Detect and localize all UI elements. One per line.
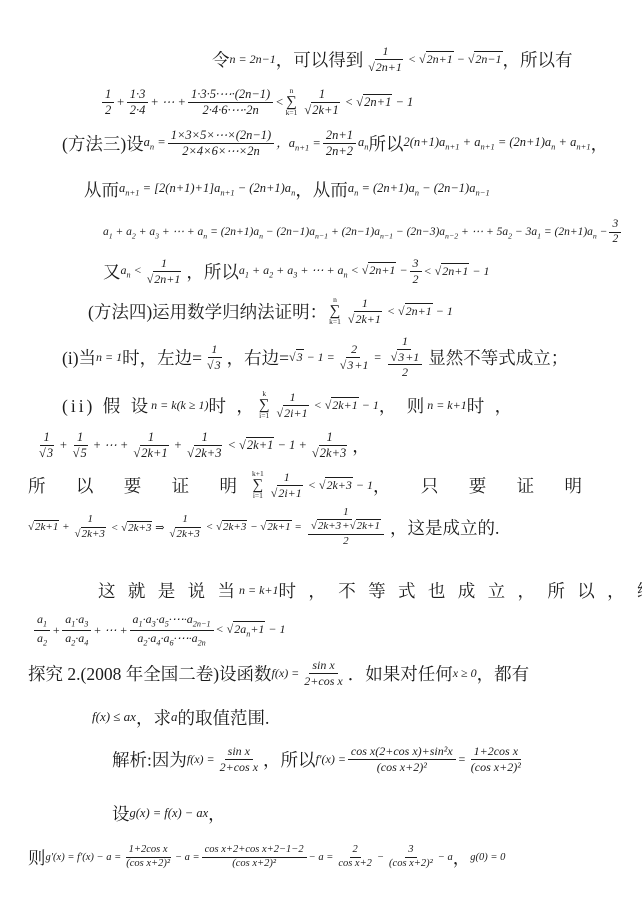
line-product-inequality: 12 + 1·32·4 + ⋯ + 1·3·5·⋯·(2n−1)2·4·6·⋯·… bbox=[100, 85, 413, 119]
text-fragment: ，求 bbox=[136, 705, 171, 730]
fraction: 1×3×5×⋯×(2n−1)2×4×6×⋯×2n bbox=[168, 128, 275, 159]
math-fragment: f(x) = bbox=[272, 666, 300, 681]
fraction: cos x+2+cos x+2−1−2(cos x+2)² bbox=[202, 844, 307, 870]
fraction-denominator: 2 bbox=[399, 365, 411, 379]
fraction-denominator: (cos x+2)² bbox=[468, 760, 524, 774]
math-fragment: + ⋯ + bbox=[93, 623, 127, 638]
math-fragment: f′(x) = bbox=[316, 752, 346, 767]
radical: √2n+1 bbox=[362, 262, 397, 277]
text-fragment: 又 bbox=[103, 259, 121, 284]
math-fragment: an = bbox=[144, 135, 166, 152]
fraction-denominator: √2n+1 bbox=[144, 272, 185, 286]
math-fragment: an+1 = [2(n+1)+1]an+1 − (2n+1)an bbox=[119, 181, 295, 198]
fraction: 1√2i+1 bbox=[268, 470, 306, 500]
text-fragment: 探究 2.(2008 年全国二卷)设函数 bbox=[28, 661, 272, 686]
line-induction-goal: 所 以 要 证 明 k+1∑i=11√2i+1 < √2k+3 − 1 ， 只 … bbox=[28, 468, 595, 502]
radical: √2n+1 bbox=[419, 51, 454, 66]
fraction-numerator: cos x(2+cos x)+sin²x bbox=[348, 744, 456, 759]
radical: √2k+3 bbox=[311, 519, 342, 532]
fraction: 1√2k+1 bbox=[345, 296, 385, 326]
math-fragment: < √2k+1 − 1 bbox=[314, 398, 379, 413]
fraction: a1·a3·a5·⋯·a2n−1a2·a4·a6·⋯·a2n bbox=[130, 612, 214, 647]
fraction-denominator: √2k+3 bbox=[309, 446, 350, 461]
fraction: sin x2+cos x bbox=[301, 658, 345, 688]
text-fragment: ，这是成立的. bbox=[390, 515, 499, 540]
fraction-numerator: sin x bbox=[309, 658, 337, 673]
math-fragment: n = 2n−1 bbox=[230, 52, 276, 67]
fraction: 1√2k+3 bbox=[184, 430, 225, 461]
math-fragment: < √2n+1 − 1 bbox=[345, 95, 414, 110]
summation-symbol: k+1∑i=1 bbox=[252, 470, 264, 499]
radical: √3 bbox=[391, 349, 406, 364]
text-fragment: ， bbox=[208, 801, 226, 826]
radical: √2i+1 bbox=[271, 485, 303, 500]
text-fragment: 所 以 要 证 明 bbox=[28, 473, 250, 498]
text-fragment: 则 bbox=[28, 845, 46, 870]
radical: √2n+1 bbox=[356, 94, 392, 109]
line-g-derivative: 则g′(x) = f′(x) − a = 1+2cos x(cos x+2)² … bbox=[28, 840, 505, 874]
fraction-denominator: (cos x+2)² bbox=[374, 760, 430, 774]
fraction-denominator: 2×4×6×⋯×2n bbox=[179, 144, 263, 159]
fraction: 1√2k+1 bbox=[130, 430, 171, 461]
summation-symbol: k∑i=1 bbox=[259, 390, 270, 419]
text-fragment: ，所以 bbox=[186, 259, 239, 284]
text-fragment: ，都有 bbox=[477, 661, 530, 686]
fraction-numerator: 1·3 bbox=[127, 87, 149, 103]
text-fragment: 所以 bbox=[369, 131, 404, 156]
fraction-denominator: (cos x+2)² bbox=[229, 858, 279, 871]
text-fragment: (方法三)设 bbox=[62, 131, 144, 156]
radical: √2k+1 bbox=[28, 520, 59, 533]
fraction: 1+2cos x(cos x+2)² bbox=[468, 744, 524, 774]
fraction-denominator: cos x+2 bbox=[335, 858, 375, 871]
fraction: 1√2k+3 bbox=[72, 513, 109, 540]
fraction-numerator: a1·a3 bbox=[62, 612, 91, 630]
radical: √2k+1 bbox=[325, 397, 359, 412]
text-fragment: (方法四)运用数学归纳法证明： bbox=[88, 299, 327, 324]
fraction: 32 bbox=[410, 256, 422, 286]
math-fragment: √3 − 1 = bbox=[289, 350, 335, 365]
radical: √2n+1 bbox=[368, 59, 403, 74]
fraction-numerator: 1 bbox=[145, 430, 157, 446]
fraction: 2√3+1 bbox=[337, 342, 372, 372]
fraction: 12 bbox=[102, 87, 114, 118]
text-fragment: (ii) 假 设 bbox=[62, 393, 151, 418]
fraction-numerator: 1 bbox=[158, 256, 170, 271]
line-induction-hypothesis: (ii) 假 设 n = k(k ≥ 1) 时 ，k∑i=11√2i+1 < √… bbox=[62, 388, 515, 422]
fraction-denominator: √3 bbox=[36, 446, 57, 461]
text-fragment: 令 bbox=[212, 47, 230, 72]
text-fragment: 时，左边= bbox=[122, 345, 202, 370]
math-fragment: = bbox=[458, 752, 466, 767]
math-fragment: f(x) = bbox=[187, 752, 215, 767]
text-fragment: 显然不等式成立； bbox=[428, 345, 568, 370]
fraction-denominator: (cos x+2)² bbox=[386, 858, 436, 871]
math-fragment: < √2k+1 − 1 + bbox=[227, 438, 306, 453]
radical: √2k+1 bbox=[260, 520, 291, 533]
fraction-numerator: 1 bbox=[340, 506, 352, 520]
radical: √2k+3 bbox=[169, 527, 200, 540]
radical: √2k+1 bbox=[239, 437, 274, 452]
fraction: 1√2k+3+√2k+12 bbox=[304, 506, 388, 548]
fraction-denominator: √2i+1 bbox=[274, 406, 312, 420]
line-general-inequality: a1a2 + a1·a3a2·a4 + ⋯ + a1·a3·a5·⋯·a2n−1… bbox=[32, 613, 286, 647]
document-page: 令n = 2n−1，可以得到1√2n+1 < √2n+1 − √2n−1，所以有… bbox=[0, 0, 642, 907]
math-fragment: g(0) = 0 bbox=[470, 852, 505, 863]
math-fragment: − a bbox=[438, 852, 453, 863]
fraction-numerator: 1+2cos x bbox=[126, 844, 171, 858]
fraction-denominator: a2 bbox=[34, 631, 50, 648]
math-fragment: n = 1 bbox=[96, 350, 122, 365]
text-fragment: 这 就 是 说 当 bbox=[98, 578, 239, 603]
fraction-numerator: 2 bbox=[350, 844, 361, 858]
radical: √2k+1 bbox=[304, 102, 339, 117]
fraction-numerator: 3 bbox=[410, 256, 422, 271]
radical: √3 bbox=[289, 349, 304, 364]
math-fragment: an < bbox=[121, 263, 142, 279]
fraction-numerator: 1 bbox=[380, 44, 392, 59]
fraction-denominator: 2 bbox=[609, 233, 621, 247]
fraction-denominator: √5 bbox=[70, 446, 91, 461]
fraction-denominator: √2k+3+√2k+12 bbox=[304, 520, 388, 547]
text-fragment: ， bbox=[453, 845, 471, 870]
fraction-numerator: 1+2cos x bbox=[471, 744, 521, 759]
fraction-denominator: √2i+1 bbox=[268, 486, 306, 500]
fraction-numerator: 1 bbox=[179, 513, 191, 527]
fraction-denominator: 2 bbox=[102, 103, 114, 118]
math-fragment: < √2k+3 − √2k+1 = bbox=[206, 521, 302, 533]
line-induction-conclusion: 这 就 是 说 当 n = k+1 时 ， 不 等 式 也 成 立 ， 所 以 … bbox=[98, 573, 642, 607]
line-exploration2-problem: 探究 2.(2008 年全国二卷)设函数f(x) = sin x2+cos x．… bbox=[28, 656, 529, 690]
fraction-numerator: sin x bbox=[225, 744, 253, 759]
fraction-numerator: 2n+1 bbox=[323, 128, 356, 144]
radical: √2k+3 bbox=[312, 445, 347, 460]
fraction-numerator: 1 bbox=[323, 430, 335, 446]
line-lemma-intro: 令n = 2n−1，可以得到1√2n+1 < √2n+1 − √2n−1，所以有 bbox=[212, 42, 573, 76]
math-fragment: − bbox=[377, 852, 384, 863]
fraction: cos x(2+cos x)+sin²x(cos x+2)² bbox=[348, 744, 456, 774]
radical: √3 bbox=[340, 357, 355, 372]
fraction-numerator: 1 bbox=[287, 390, 299, 405]
fraction: 1√2n+1 bbox=[365, 44, 406, 74]
math-fragment: + ⋯ + bbox=[150, 94, 186, 110]
text-fragment: 解析:因为 bbox=[112, 747, 187, 772]
fraction: sin x2+cos x bbox=[217, 744, 261, 774]
math-fragment: a1 + a2 + a3 + ⋯ + an < √2n+1 − bbox=[239, 263, 408, 279]
math-fragment: + bbox=[174, 438, 182, 453]
math-fragment: + bbox=[52, 623, 60, 638]
text-fragment: 设 bbox=[112, 801, 130, 826]
radical: √2k+3 bbox=[75, 527, 106, 540]
text-fragment: 时 ， 不 等 式 也 成 立 ， 所 以 ， 综 上 有 bbox=[279, 578, 642, 603]
math-fragment: = bbox=[373, 350, 381, 365]
math-fragment: g′(x) = f′(x) − a = bbox=[46, 852, 122, 863]
text-fragment: (i)当 bbox=[62, 345, 96, 370]
fraction: 1√2n+1 bbox=[144, 256, 185, 286]
fraction-numerator: a1 bbox=[34, 612, 50, 630]
summation-symbol: n∑k=1 bbox=[286, 87, 298, 116]
math-fragment: √2k+1 + bbox=[28, 521, 70, 533]
fraction: 1√2k+1 bbox=[301, 87, 342, 118]
text-fragment: ．如果对任何 bbox=[348, 661, 453, 686]
text-fragment: 时 ， bbox=[467, 393, 515, 418]
fraction-denominator: √2k+3 bbox=[72, 528, 109, 541]
fraction-denominator: √2k+1 bbox=[130, 446, 171, 461]
fraction-numerator: 1 bbox=[84, 513, 96, 527]
radical: √2k+3 bbox=[121, 521, 152, 534]
math-fragment: − a = bbox=[309, 852, 334, 863]
line-induction-proof-step: √2k+1 + 1√2k+3 < √2k+3 ⇒ 1√2k+3 < √2k+3 … bbox=[28, 510, 499, 544]
fraction-numerator: 3 bbox=[405, 844, 416, 858]
fraction: 32 bbox=[609, 218, 621, 247]
fraction-numerator: 1·3·5·⋯·(2n−1) bbox=[188, 87, 273, 103]
line-method4-statement: (方法四)运用数学归纳法证明：n∑k=11√2k+1 < √2n+1 − 1 bbox=[88, 294, 453, 328]
text-fragment: ，从而 bbox=[295, 177, 348, 202]
fraction: 1√3 bbox=[36, 430, 57, 461]
radical: √2k+3 bbox=[319, 477, 353, 492]
math-fragment: < √2an+1 − 1 bbox=[216, 622, 286, 638]
radical: √5 bbox=[73, 445, 88, 460]
math-fragment: < bbox=[275, 95, 283, 110]
math-fragment: < √2n+1 − 1 bbox=[424, 264, 490, 279]
radical: √2n+1 bbox=[398, 303, 433, 318]
math-fragment: n = k+1 bbox=[239, 583, 279, 598]
math-fragment: n = k(k ≥ 1) bbox=[151, 398, 208, 413]
text-fragment: ，可以得到 bbox=[276, 47, 364, 72]
fraction-denominator: √3+12 bbox=[384, 350, 427, 380]
fraction-numerator: 2 bbox=[348, 342, 360, 357]
radical: √2k+1 bbox=[133, 445, 168, 460]
text-fragment: ， bbox=[591, 131, 609, 156]
fraction: a1·a3a2·a4 bbox=[62, 612, 91, 647]
fraction: 1√5 bbox=[70, 430, 91, 461]
fraction: 1√3+12 bbox=[384, 334, 427, 379]
math-fragment: + bbox=[59, 438, 67, 453]
fraction-denominator: 2·4·6·⋯·2n bbox=[199, 103, 261, 118]
fraction-numerator: cos x+2+cos x+2−1−2 bbox=[202, 844, 307, 858]
fraction: √3+12 bbox=[388, 350, 423, 380]
math-fragment: a1 + a2 + a3 + ⋯ + an = (2n+1)an − (2n−1… bbox=[103, 224, 607, 240]
text-fragment: ， 只 要 证 明 bbox=[373, 473, 595, 498]
text-fragment: ，所以有 bbox=[503, 47, 573, 72]
line-method3-setup: (方法三)设an = 1×3×5×⋯×(2n−1)2×4×6×⋯×2n，an+1… bbox=[62, 126, 608, 160]
fraction-numerator: √3+1 bbox=[388, 350, 423, 365]
fraction: 3(cos x+2)² bbox=[386, 844, 436, 870]
fraction: 2cos x+2 bbox=[335, 844, 375, 870]
line-solution-derivative: 解析:因为f(x) = sin x2+cos x，所以f′(x) = cos x… bbox=[112, 742, 526, 776]
fraction-numerator: 1 bbox=[281, 470, 293, 485]
fraction-denominator: √3+1 bbox=[337, 358, 372, 372]
math-fragment: + bbox=[116, 95, 124, 110]
fraction-numerator: √2k+3+√2k+1 bbox=[308, 520, 384, 534]
fraction-denominator: 2·4 bbox=[127, 103, 149, 118]
math-fragment: < √2n+1 − 1 bbox=[387, 304, 453, 319]
fraction-numerator: 1 bbox=[399, 334, 411, 349]
math-fragment: − a = bbox=[175, 852, 200, 863]
fraction-numerator: 1×3×5×⋯×(2n−1) bbox=[168, 128, 275, 144]
radical: √2k+1 bbox=[348, 311, 382, 326]
radical: √3 bbox=[207, 357, 222, 372]
text-fragment: ， bbox=[352, 433, 370, 458]
fraction-numerator: 1 bbox=[102, 87, 114, 103]
line-method3-conclusion: 又an < 1√2n+1，所以a1 + a2 + a3 + ⋯ + an < √… bbox=[103, 254, 489, 288]
fraction-numerator: 1 bbox=[199, 430, 211, 446]
fraction: 1·3·5·⋯·(2n−1)2·4·6·⋯·2n bbox=[188, 87, 273, 118]
fraction-denominator: √2k+1 bbox=[345, 312, 385, 326]
line-induction-sum-expansion: 1√3 + 1√5 + ⋯ + 1√2k+1 + 1√2k+3 < √2k+1 … bbox=[34, 428, 370, 462]
fraction-denominator: 2+cos x bbox=[217, 760, 261, 774]
math-fragment: 2(n+1)an+1 + an+1 = (2n+1)an + an+1 bbox=[404, 135, 591, 152]
fraction-denominator: √2n+1 bbox=[365, 60, 406, 74]
math-fragment: + ⋯ + bbox=[93, 437, 129, 453]
fraction: √2k+3+√2k+12 bbox=[308, 520, 384, 547]
fraction-denominator: √2k+1 bbox=[301, 103, 342, 118]
text-fragment: 的取值范围. bbox=[177, 705, 269, 730]
fraction-numerator: 1 bbox=[208, 342, 220, 357]
text-fragment: ，所以 bbox=[263, 747, 316, 772]
fraction: 1√2k+3 bbox=[309, 430, 350, 461]
fraction-numerator: a1·a3·a5·⋯·a2n−1 bbox=[130, 612, 214, 630]
radical: √2k+3 bbox=[187, 445, 222, 460]
radical: √2n−1 bbox=[468, 51, 503, 66]
fraction-numerator: 1 bbox=[359, 296, 371, 311]
fraction-numerator: 3 bbox=[609, 218, 621, 233]
fraction-denominator: (cos x+2)² bbox=[123, 858, 173, 871]
fraction-denominator: a2·a4·a6·⋯·a2n bbox=[134, 631, 208, 648]
fraction: 1√2i+1 bbox=[274, 390, 312, 420]
line-method3-recurrence: 从而an+1 = [2(n+1)+1]an+1 − (2n+1)an，从而an … bbox=[84, 172, 490, 206]
summation-symbol: n∑k=1 bbox=[329, 296, 341, 325]
radical: √2n+1 bbox=[435, 263, 470, 278]
fraction-denominator: √3 bbox=[204, 358, 225, 372]
fraction-denominator: √2k+3 bbox=[184, 446, 225, 461]
line-telescoping-sum: a1 + a2 + a3 + ⋯ + an = (2n+1)an − (2n−1… bbox=[103, 215, 623, 249]
math-fragment: an bbox=[358, 135, 369, 152]
line-exploration2-question: f(x) ≤ ax，求a的取值范围. bbox=[92, 700, 269, 734]
fraction: 1·32·4 bbox=[127, 87, 149, 118]
fraction-denominator: a2·a4 bbox=[62, 631, 91, 648]
radical: √2i+1 bbox=[277, 405, 309, 420]
math-fragment: < √2n+1 − √2n−1 bbox=[408, 52, 503, 67]
radical: √2an+1 bbox=[227, 621, 266, 636]
line-define-g: 设g(x) = f(x) − ax， bbox=[112, 796, 226, 830]
fraction: 1√2k+3 bbox=[166, 513, 203, 540]
fraction: 2n+12n+2 bbox=[323, 128, 356, 159]
fraction: a1a2 bbox=[34, 612, 50, 647]
line-induction-base: (i)当n = 1时，左边=1√3，右边=√3 − 1 = 2√3+1 = 1√… bbox=[62, 340, 568, 374]
math-fragment: n = k+1 bbox=[427, 398, 467, 413]
text-fragment: ，右边= bbox=[227, 345, 289, 370]
math-fragment: f(x) ≤ ax bbox=[92, 709, 136, 725]
fraction-numerator: 1 bbox=[316, 87, 328, 103]
fraction: 1+2cos x(cos x+2)² bbox=[123, 844, 173, 870]
math-fragment: x ≥ 0 bbox=[453, 666, 477, 681]
math-fragment: ，an+1 = bbox=[276, 133, 321, 153]
fraction-numerator: 1 bbox=[74, 430, 86, 446]
radical: √2k+1 bbox=[350, 519, 381, 532]
math-fragment: < √2k+3 − 1 bbox=[308, 478, 373, 493]
radical: √2k+3 bbox=[216, 520, 247, 533]
fraction-denominator: 2 bbox=[410, 272, 422, 286]
fraction-denominator: √2k+3 bbox=[166, 528, 203, 541]
math-fragment: an = (2n+1)an − (2n−1)an−1 bbox=[348, 181, 490, 198]
fraction: 1√3 bbox=[204, 342, 225, 372]
text-fragment: 时 ， bbox=[208, 393, 256, 418]
fraction-denominator: 2+cos x bbox=[301, 674, 345, 688]
radical: √2n+1 bbox=[147, 271, 182, 286]
text-fragment: ， 则 bbox=[379, 393, 427, 418]
fraction-denominator: 2n+2 bbox=[323, 144, 356, 159]
math-fragment: g(x) = f(x) − ax bbox=[130, 806, 209, 821]
text-fragment: 从而 bbox=[84, 177, 119, 202]
math-fragment: < √2k+3 ⇒ bbox=[111, 521, 165, 534]
fraction-denominator: 2 bbox=[340, 535, 352, 548]
radical: √3 bbox=[39, 445, 54, 460]
fraction-numerator: 1 bbox=[40, 430, 52, 446]
